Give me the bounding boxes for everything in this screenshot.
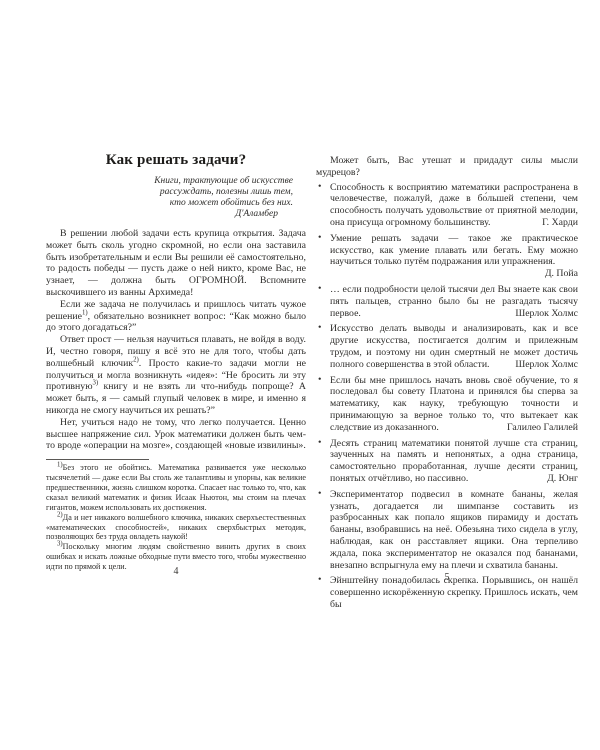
quote-item: •Экспериментатор подвесил в комнате бана… [316, 489, 578, 572]
epigraph-line: кто может обойтись без них. [46, 198, 293, 209]
epigraph-author: Д'Аламбер [46, 209, 293, 220]
footnote-rule [46, 459, 149, 460]
left-page-paragraphs: В решении любой задачи есть крупица откр… [46, 228, 306, 452]
paragraph: Если же задача не получилась и пришлось … [46, 299, 306, 334]
epigraph-line: рассуждать, полезны лишь тем, [46, 187, 293, 198]
footnotes: 1)Без этого не обойтись. Математика разв… [46, 463, 306, 572]
bullet-icon: • [318, 488, 321, 500]
footnote: 1)Без этого не обойтись. Математика разв… [46, 463, 306, 513]
quote-item: •Если бы мне пришлось начать вновь своё … [316, 375, 578, 434]
quote-author: Д. Пойа [535, 268, 578, 280]
footnote-marker: 3) [93, 380, 99, 387]
quote-author: Г. Харди [532, 217, 578, 229]
quote-item: •Десять страниц математики понятой лучше… [316, 438, 578, 485]
quote-item: •Умение решать задачи — такое же практич… [316, 233, 578, 280]
quote-author: Шерлок Холмс [505, 308, 578, 320]
epigraph-lines: Книги, трактующие об искусстверассуждать… [46, 176, 293, 209]
book-spread: Как решать задачи? Книги, трактующие об … [0, 0, 600, 750]
epigraph-line: Книги, трактующие об искусстве [46, 176, 293, 187]
left-page: Как решать задачи? Книги, трактующие об … [46, 152, 306, 572]
bullet-icon: • [318, 181, 321, 193]
paragraph: В решении любой задачи есть крупица откр… [46, 228, 306, 299]
footnote-marker: 2) [133, 357, 139, 364]
page-number-left: 4 [46, 566, 306, 577]
paragraph: Нет, учиться надо не тому, что легко пол… [46, 417, 306, 452]
chapter-title: Как решать задачи? [46, 152, 306, 169]
right-page: Может быть, Вас утешат и придадут силы м… [316, 155, 578, 615]
page-number-right: 5 [316, 572, 578, 583]
quote-author: Галилео Галилей [497, 422, 578, 434]
quotes-list: •Способность к восприятию математики рас… [316, 182, 578, 611]
footnote: 2)Да и нет никакого волшебного ключика, … [46, 513, 306, 543]
footnote-marker: 1) [82, 309, 88, 316]
quote-author: Шерлок Холмс [505, 359, 578, 371]
footnote-marker: 2) [57, 511, 63, 518]
bullet-icon: • [318, 283, 321, 295]
epigraph: Книги, трактующие об искусстверассуждать… [46, 176, 306, 220]
quote-item: •… если подробности целой тысячи дел Вы … [316, 284, 578, 319]
quote-item: •Способность к восприятию математики рас… [316, 182, 578, 229]
bullet-icon: • [318, 374, 321, 386]
quote-item: •Искусство делать выводы и анализировать… [316, 323, 578, 370]
paragraph: Ответ прост — нельзя научиться плавать, … [46, 334, 306, 417]
bullet-icon: • [318, 232, 321, 244]
quote-author: Д. Юнг [537, 473, 578, 485]
bullet-icon: • [318, 322, 321, 334]
footnote-marker: 1) [57, 461, 63, 468]
footnote-marker: 3) [57, 541, 63, 548]
bullet-icon: • [318, 437, 321, 449]
intro-paragraph: Может быть, Вас утешат и придадут силы м… [316, 155, 578, 179]
